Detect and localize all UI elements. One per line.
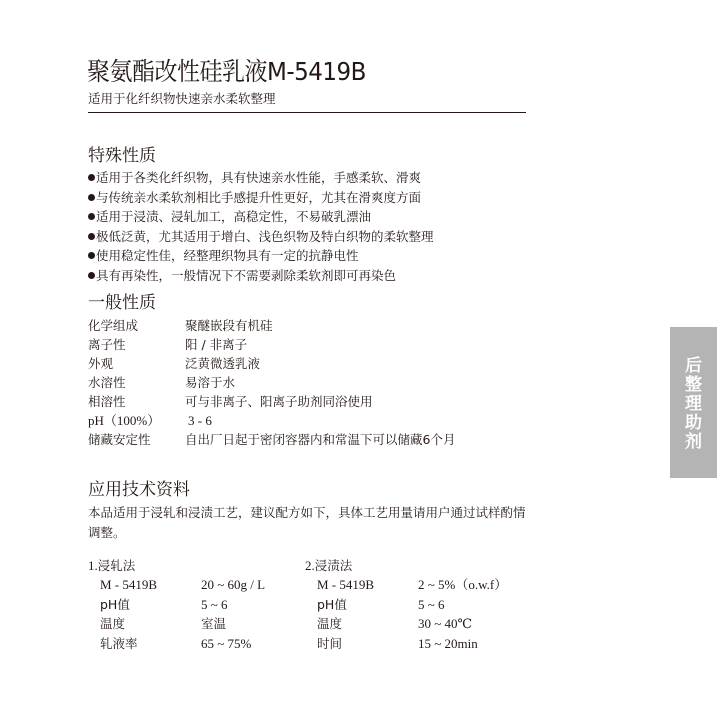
list-item: 适用于各类化纤织物，具有快速亲水性能，手感柔软、滑爽 [88, 168, 434, 188]
method-key: pH值 [100, 595, 130, 615]
method-value: 15 ~ 20min [418, 634, 478, 654]
bullet-icon [88, 174, 95, 181]
method-key: 温度 [100, 614, 125, 634]
method-value: 20 ~ 60g / L [201, 575, 265, 595]
method-key: 时间 [317, 634, 342, 654]
side-tab-char: 理 [685, 395, 702, 414]
bullet-icon [88, 272, 95, 279]
property-key: 水溶性 [88, 373, 126, 392]
method-row: M - 5419B 2 ~ 5%（o.w.f） [305, 575, 352, 595]
list-item: 适用于浸渍、浸轧加工，高稳定性，不易破乳漂油 [88, 207, 434, 227]
property-key: 外观 [88, 354, 113, 373]
list-item-text: 极低泛黄，尤其适用于增白、浅色织物及特白织物的柔软整理 [96, 229, 434, 244]
bullet-icon [88, 252, 95, 259]
bullet-icon [88, 233, 95, 240]
product-title: 聚氨酯改性硅乳液M-5419B [87, 56, 366, 88]
bullet-icon [88, 213, 95, 220]
method-value: 2 ~ 5%（o.w.f） [418, 575, 507, 595]
property-value: 泛黄微透乳液 [185, 354, 260, 373]
special-properties-list: 适用于各类化纤织物，具有快速亲水性能，手感柔软、滑爽 与传统亲水柔软剂相比手感提… [88, 168, 434, 285]
list-item-text: 具有再染性，一般情况下不需要剥除柔软剂即可再染色 [96, 268, 396, 283]
property-key: 相溶性 [88, 392, 126, 411]
method-row: M - 5419B 20 ~ 60g / L [88, 575, 135, 595]
method-value: 65 ~ 75% [201, 634, 251, 654]
general-properties-heading: 一般性质 [88, 292, 156, 314]
method-heading: 1.浸轧法 [88, 556, 135, 575]
special-properties-heading: 特殊性质 [88, 145, 156, 167]
property-key: 储藏安定性 [88, 430, 151, 449]
side-tab-char: 整 [685, 376, 702, 395]
category-side-tab: 后 整 理 助 剂 [670, 327, 717, 478]
list-item-text: 适用于各类化纤织物，具有快速亲水性能，手感柔软、滑爽 [96, 170, 421, 185]
property-value: 易溶于水 [185, 373, 235, 392]
method-heading: 2.浸渍法 [305, 556, 352, 575]
method-value: 5 ~ 6 [201, 595, 228, 615]
method-row: 温度 30 ~ 40℃ [305, 614, 352, 634]
method-key: 温度 [317, 614, 342, 634]
method-value: 室温 [201, 614, 226, 634]
property-value: 可与非离子、阳离子助剂同浴使用 [185, 392, 373, 411]
method-padding: 1.浸轧法 M - 5419B 20 ~ 60g / L pH值 5 ~ 6 温… [88, 556, 135, 653]
title-divider [88, 112, 526, 113]
property-value: 自出厂日起于密闭容器内和常温下可以储藏6个月 [185, 430, 455, 449]
property-value: 聚醚嵌段有机硅 [185, 316, 273, 335]
method-row: 轧液率 65 ~ 75% [88, 634, 135, 654]
property-value: 3 - 6 [188, 411, 212, 430]
method-key: M - 5419B [100, 575, 157, 595]
product-subtitle: 适用于化纤织物快速亲水柔软整理 [88, 91, 276, 107]
property-key: 离子性 [88, 335, 126, 354]
list-item-text: 使用稳定性佳，经整理织物具有一定的抗静电性 [96, 248, 359, 263]
application-intro: 本品适用于浸轧和浸渍工艺，建议配方如下，具体工艺用量请用户通过试样酌情调整。 [88, 503, 528, 542]
method-row: 温度 室温 [88, 614, 135, 634]
method-row: 时间 15 ~ 20min [305, 634, 352, 654]
list-item: 具有再染性，一般情况下不需要剥除柔软剂即可再染色 [88, 266, 434, 286]
property-key: pH（100%） [88, 411, 160, 430]
method-row: pH值 5 ~ 6 [88, 595, 135, 615]
property-key: 化学组成 [88, 316, 138, 335]
side-tab-char: 助 [685, 414, 702, 433]
application-heading: 应用技术资料 [88, 479, 190, 501]
method-key: 轧液率 [100, 634, 138, 654]
method-row: pH值 5 ~ 6 [305, 595, 352, 615]
side-tab-char: 剂 [685, 433, 702, 452]
list-item: 使用稳定性佳，经整理织物具有一定的抗静电性 [88, 246, 434, 266]
list-item: 与传统亲水柔软剂相比手感提升性更好，尤其在滑爽度方面 [88, 188, 434, 208]
list-item-text: 与传统亲水柔软剂相比手感提升性更好，尤其在滑爽度方面 [96, 190, 421, 205]
list-item-text: 适用于浸渍、浸轧加工，高稳定性，不易破乳漂油 [96, 209, 371, 224]
bullet-icon [88, 194, 95, 201]
list-item: 极低泛黄，尤其适用于增白、浅色织物及特白织物的柔软整理 [88, 227, 434, 247]
side-tab-char: 后 [685, 357, 702, 376]
method-value: 5 ~ 6 [418, 595, 445, 615]
method-exhaust: 2.浸渍法 M - 5419B 2 ~ 5%（o.w.f） pH值 5 ~ 6 … [305, 556, 352, 653]
property-value: 阳 / 非离子 [185, 335, 247, 354]
method-key: M - 5419B [317, 575, 374, 595]
method-key: pH值 [317, 595, 347, 615]
method-value: 30 ~ 40℃ [418, 614, 472, 634]
